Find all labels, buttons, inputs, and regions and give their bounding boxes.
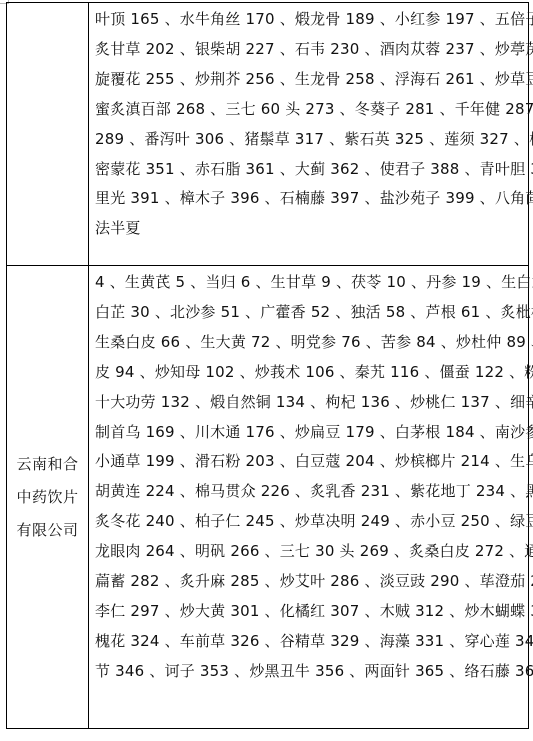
herb-list-line: 炙甘草 202 、银柴胡 227 、石韦 230 、酒肉苁蓉 237 、炒葶苈子… — [95, 35, 533, 65]
herb-list-line: 十大功劳 132 、煅自然铜 134 、枸杞 136 、炒桃仁 137 、细辛 … — [95, 388, 533, 418]
herb-list-line: 皮 94 、炒知母 102 、炒莪术 106 、秦艽 116 、僵蚕 122 、… — [95, 358, 533, 388]
herb-list-line: 蜜炙滇百部 268 、三七 60 头 273 、冬葵子 281 、千年健 287… — [95, 95, 533, 125]
herb-list-line: 生桑白皮 66 、生大黄 72 、明党参 76 、苦参 84 、炒杜仲 89 、… — [95, 328, 533, 358]
herb-list-line: 密蒙花 351 、赤石脂 361 、大蓟 362 、使君子 388 、青叶胆 3… — [95, 155, 533, 185]
herb-list-line: 槐花 324 、车前草 326 、谷精草 329 、海藻 331 、穿心莲 34… — [95, 627, 533, 657]
herb-list-line: 节 346 、诃子 353 、炒黑丑牛 356 、两面针 365 、络石藤 36… — [95, 657, 533, 687]
herb-list-line: 旋覆花 255 、炒荆芥 256 、生龙骨 258 、浮海石 261 、炒草豆蔻… — [95, 65, 533, 95]
herb-list-line: 4 、生黄芪 5 、当归 6 、生甘草 9 、茯苓 10 、丹参 19 、生白术… — [95, 268, 533, 298]
table-row: 叶顶 165 、水牛角丝 170 、煅龙骨 189 、小红参 197 、五倍子 … — [7, 3, 528, 266]
herb-list-line: 小通草 199 、滑石粉 203 、白豆蔻 204 、炒槟榔片 214 、生乌梅… — [95, 447, 533, 477]
herb-list-line: 白芷 30 、北沙参 51 、广藿香 52 、独活 58 、芦根 61 、炙枇杷… — [95, 298, 533, 328]
company-name: 云南和合 中药饮片 有限公司 — [15, 448, 81, 547]
table-row: 云南和合 中药饮片 有限公司 4 、生黄芪 5 、当归 6 、生甘草 9 、茯苓… — [7, 266, 528, 729]
herb-list-cell: 4 、生黄芪 5 、当归 6 、生甘草 9 、茯苓 10 、丹参 19 、生白术… — [89, 266, 533, 728]
company-cell: 云南和合 中药饮片 有限公司 — [7, 266, 89, 728]
herb-list-line: 胡黄连 224 、棉马贯众 226 、炙乳香 231 、紫花地丁 234 、黑豆… — [95, 477, 533, 507]
herb-list-line: 里光 391 、樟木子 396 、石楠藤 397 、盐沙苑子 399 、八角茴香… — [95, 184, 533, 214]
company-name-line: 中药饮片 — [15, 481, 81, 514]
herb-list-line: 李仁 297 、炒大黄 301 、化橘红 307 、木贼 312 、炒木蝴蝶 3… — [95, 597, 533, 627]
herb-list-line: 炙冬花 240 、柏子仁 245 、炒草决明 249 、赤小豆 250 、绿豆 … — [95, 507, 533, 537]
herb-list-line: 萹蓄 282 、炙升麻 285 、炒艾叶 286 、淡豆豉 290 、荜澄茄 2… — [95, 567, 533, 597]
herb-list-line: 龙眼肉 264 、明矾 266 、三七 30 头 269 、炙桑白皮 272 、… — [95, 537, 533, 567]
supplier-herb-table: 叶顶 165 、水牛角丝 170 、煅龙骨 189 、小红参 197 、五倍子 … — [6, 2, 529, 729]
company-name-line: 有限公司 — [15, 514, 81, 547]
herb-list-line: 制首乌 169 、川木通 176 、炒扁豆 179 、白茅根 184 、南沙参 … — [95, 418, 533, 448]
herb-list-line: 法半夏 — [95, 214, 533, 244]
herb-list-cell: 叶顶 165 、水牛角丝 170 、煅龙骨 189 、小红参 197 、五倍子 … — [89, 3, 533, 265]
company-cell — [7, 3, 89, 265]
company-name-line: 云南和合 — [15, 448, 81, 481]
herb-list-line: 叶顶 165 、水牛角丝 170 、煅龙骨 189 、小红参 197 、五倍子 … — [95, 5, 533, 35]
herb-list-line: 289 、番泻叶 306 、猪鬃草 317 、紫石英 325 、莲须 327 、… — [95, 125, 533, 155]
